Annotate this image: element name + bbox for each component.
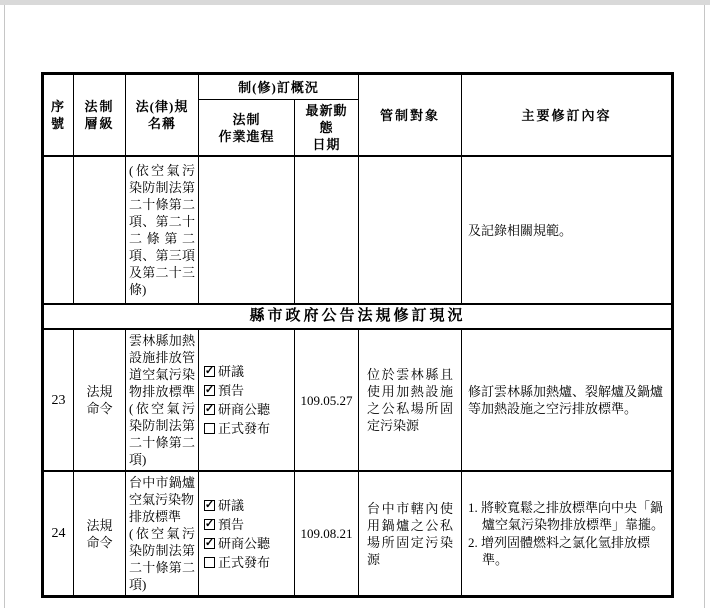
- legal-process-checklist: ✓研議✓預告✓研商公聽正式發布: [199, 471, 295, 597]
- main-revision-cell: 及記錄相關規範。: [462, 156, 673, 304]
- progress-step: ✓研商公聽: [204, 534, 292, 553]
- header-cell-process: 法制 作業進程: [199, 100, 295, 157]
- regulation-name-cell: (依空氣污染防制法第二十條第二項、第二十二條第二項、第三項及第二十三條): [126, 156, 199, 304]
- progress-step-label: 預告: [218, 382, 244, 399]
- page-right-edge: [704, 5, 705, 608]
- header-cell-overview: 制(修)訂概況: [199, 74, 359, 100]
- revision-item: 1. 將較寬鬆之排放標準向中央「鍋爐空氣污染物排放標準」靠攏。: [468, 499, 665, 533]
- progress-step-label: 正式發布: [218, 420, 270, 437]
- checked-checkbox-icon: ✓: [204, 519, 215, 530]
- progress-step: ✓預告: [204, 515, 292, 534]
- latest-date: 109.05.27: [295, 329, 359, 471]
- progress-step-label: 正式發布: [218, 554, 270, 571]
- checked-checkbox-icon: ✓: [204, 385, 215, 396]
- progress-step-label: 研商公聽: [218, 535, 270, 552]
- header-cell-target: 管制對象: [359, 74, 462, 157]
- main-revision-cell: 修訂雲林縣加熱爐、裂解爐及鍋爐等加熱設施之空污排放標準。: [462, 329, 673, 471]
- header-cell-name: 法(律)規 名稱: [126, 74, 199, 157]
- header-cell-content: 主要修訂內容: [462, 74, 673, 157]
- progress-step: ✓研商公聽: [204, 400, 292, 419]
- row-23: 23 法規 命令 雲林縣加熱設施排放管道空氣污染物排放標準(依空氣污染防制法第二…: [43, 329, 673, 471]
- latest-date: 109.08.21: [295, 471, 359, 597]
- level-cell-empty: [74, 156, 126, 304]
- document-page: 序 號 法制 層級 法(律)規 名稱 制(修)訂概況 管制對象 主要修訂內容 法…: [0, 0, 710, 608]
- main-revision-cell: 1. 將較寬鬆之排放標準向中央「鍋爐空氣污染物排放標準」靠攏。 2. 增列固體燃…: [462, 471, 673, 597]
- date-cell-empty: [295, 156, 359, 304]
- unchecked-checkbox-icon: [204, 423, 215, 434]
- progress-step-label: 研商公聽: [218, 401, 270, 418]
- header-row-top: 序 號 法制 層級 法(律)規 名稱 制(修)訂概況 管制對象 主要修訂內容: [43, 74, 673, 100]
- checked-checkbox-icon: ✓: [204, 404, 215, 415]
- header-cell-level: 法制 層級: [74, 74, 126, 157]
- legal-level: 法規 命令: [74, 329, 126, 471]
- serial-number: 23: [43, 329, 74, 471]
- regulation-status-table: 序 號 法制 層級 法(律)規 名稱 制(修)訂概況 管制對象 主要修訂內容 法…: [41, 72, 674, 598]
- checked-checkbox-icon: ✓: [204, 366, 215, 377]
- serial-number: 24: [43, 471, 74, 597]
- progress-step: 正式發布: [204, 419, 292, 438]
- progress-step-label: 預告: [218, 516, 244, 533]
- regulated-target-cell: 台中市轄內使用鍋爐之公私場所固定污染源: [359, 471, 462, 597]
- row-24: 24 法規 命令 台中市鍋爐空氣污染物 排放標準 (依空氣污染防制法第二十條第二…: [43, 471, 673, 597]
- process-cell-empty: [199, 156, 295, 304]
- legal-level: 法規 命令: [74, 471, 126, 597]
- progress-step: ✓預告: [204, 381, 292, 400]
- progress-step: 正式發布: [204, 553, 292, 572]
- progress-step: ✓研議: [204, 496, 292, 515]
- page-top-edge: [0, 0, 710, 5]
- legal-process-checklist: ✓研議✓預告✓研商公聽正式發布: [199, 329, 295, 471]
- regulation-name-cell: 雲林縣加熱設施排放管道空氣污染物排放標準(依空氣污染防制法第二十條第二項): [126, 329, 199, 471]
- row-continued: (依空氣污染防制法第二十條第二項、第二十二條第二項、第三項及第二十三條) 及記錄…: [43, 156, 673, 304]
- regulation-name-cell: 台中市鍋爐空氣污染物 排放標準 (依空氣污染防制法第二十條第二項): [126, 471, 199, 597]
- checked-checkbox-icon: ✓: [204, 500, 215, 511]
- section-header-title: 縣市政府公告法規修訂現況: [43, 304, 673, 329]
- section-header-row: 縣市政府公告法規修訂現況: [43, 304, 673, 329]
- unchecked-checkbox-icon: [204, 557, 215, 568]
- regulated-target-cell: 位於雲林縣且使用加熱設施之公私場所固定污染源: [359, 329, 462, 471]
- target-cell-empty: [359, 156, 462, 304]
- header-cell-date: 最新動態 日期: [295, 100, 359, 157]
- header-cell-serial: 序 號: [43, 74, 74, 157]
- checked-checkbox-icon: ✓: [204, 538, 215, 549]
- progress-step-label: 研議: [218, 497, 244, 514]
- revision-item: 2. 增列固體燃料之氯化氫排放標準。: [468, 534, 665, 568]
- progress-step: ✓研議: [204, 362, 292, 381]
- page-left-edge: [4, 5, 5, 608]
- progress-step-label: 研議: [218, 363, 244, 380]
- serial-cell-empty: [43, 156, 74, 304]
